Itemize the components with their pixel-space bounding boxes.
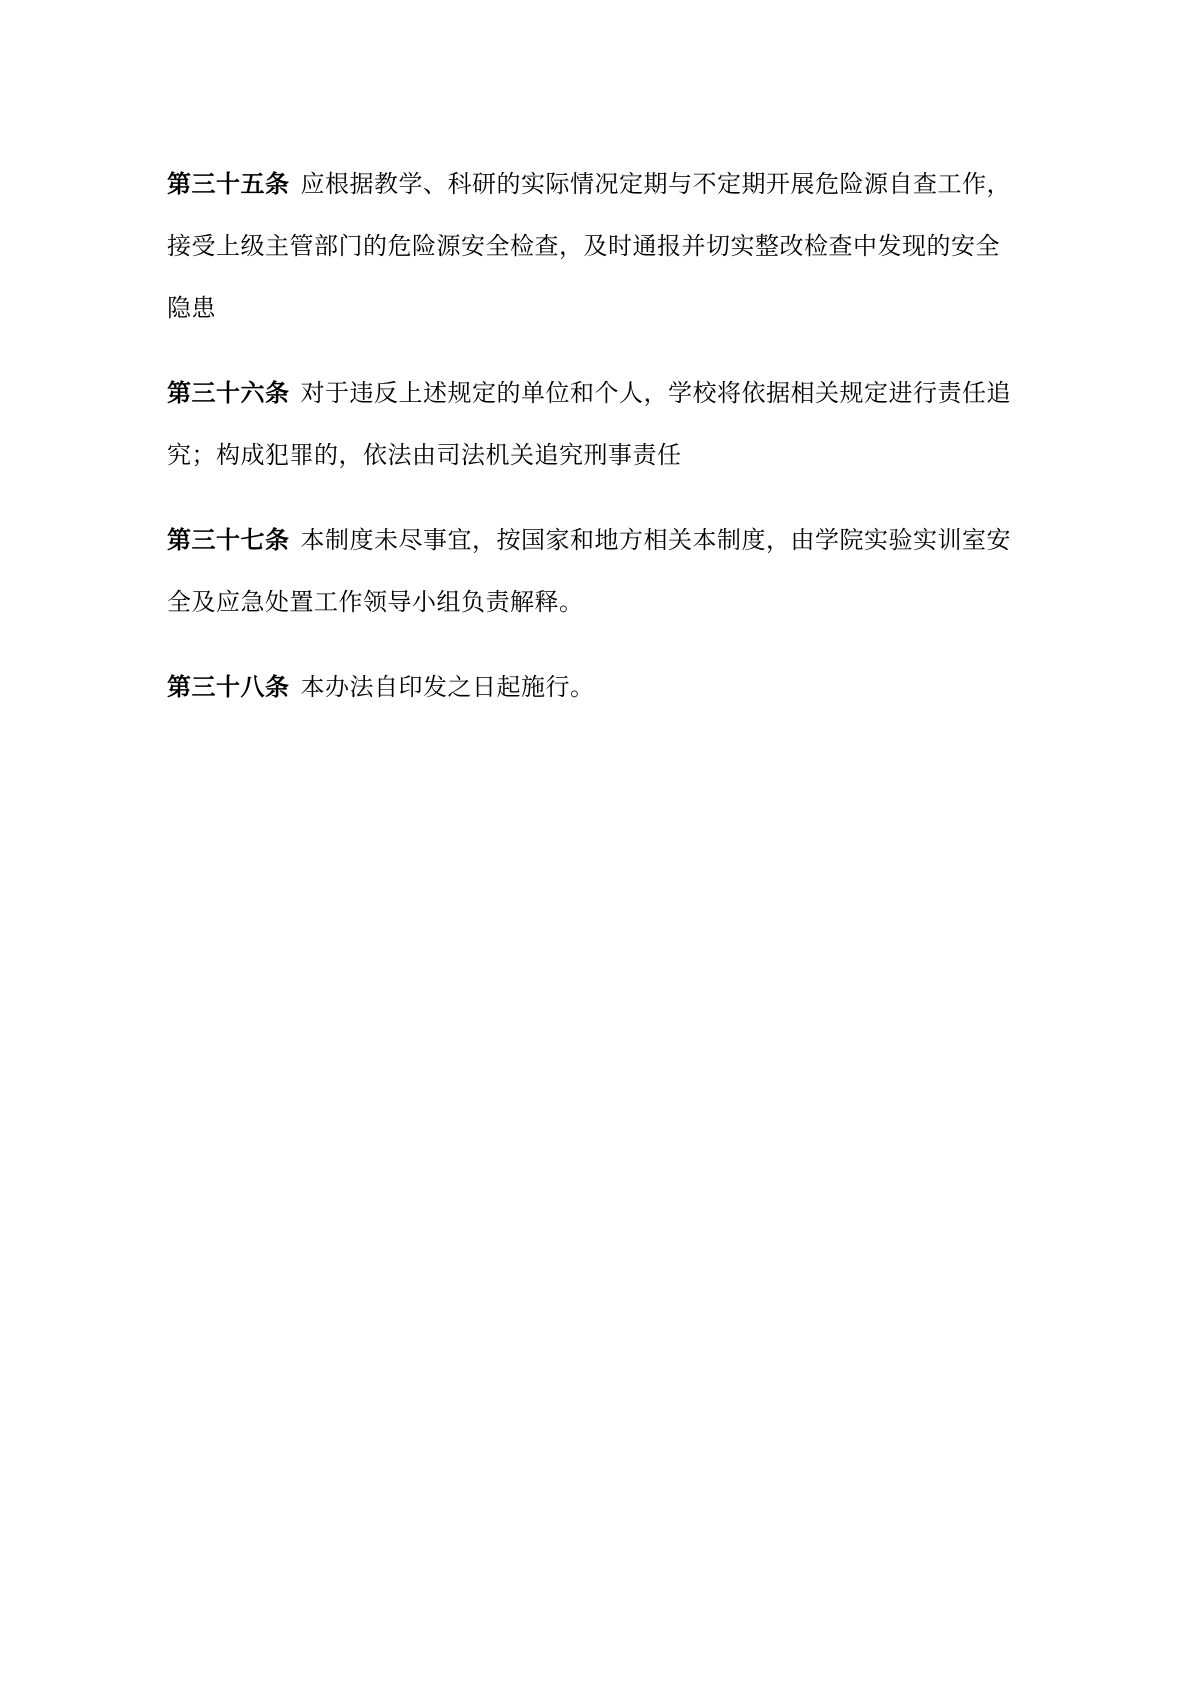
article-38-paragraph: 第三十八条本办法自印发之日起施行。 bbox=[167, 657, 1012, 719]
document-page: 第三十五条应根据教学、科研的实际情况定期与不定期开展危险源自查工作， 接受上级主… bbox=[0, 0, 1190, 1683]
article-38-line-1: 本办法自印发之日起施行。 bbox=[301, 674, 595, 701]
article-36-line-2: 究；构成犯罪的，依法由司法机关追究刑事责任 bbox=[167, 425, 1012, 487]
text-line: 第三十七条本制度未尽事宜，按国家和地方相关本制度，由学院实验实训室安 bbox=[167, 510, 1012, 572]
article-37-line-1: 本制度未尽事宜，按国家和地方相关本制度，由学院实验实训室安 bbox=[301, 527, 1012, 554]
article-35-number: 第三十五条 bbox=[167, 171, 290, 198]
article-35-line-1: 应根据教学、科研的实际情况定期与不定期开展危险源自查工作， bbox=[301, 171, 1012, 198]
article-37-number: 第三十七条 bbox=[167, 527, 290, 554]
article-37-paragraph: 第三十七条本制度未尽事宜，按国家和地方相关本制度，由学院实验实训室安 全及应急处… bbox=[167, 510, 1012, 634]
article-36-number: 第三十六条 bbox=[167, 380, 290, 407]
article-37-line-2: 全及应急处置工作领导小组负责解释。 bbox=[167, 572, 1012, 634]
article-36-line-1: 对于违反上述规定的单位和个人，学校将依据相关规定进行责任追 bbox=[301, 380, 1012, 407]
article-35-paragraph: 第三十五条应根据教学、科研的实际情况定期与不定期开展危险源自查工作， 接受上级主… bbox=[167, 154, 1012, 340]
article-35-line-3: 隐患 bbox=[167, 278, 1012, 340]
article-35-line-2: 接受上级主管部门的危险源安全检查，及时通报并切实整改检查中发现的安全 bbox=[167, 216, 1012, 278]
text-line: 第三十五条应根据教学、科研的实际情况定期与不定期开展危险源自查工作， bbox=[167, 154, 1012, 216]
text-line: 第三十八条本办法自印发之日起施行。 bbox=[167, 657, 1012, 719]
article-36-paragraph: 第三十六条对于违反上述规定的单位和个人，学校将依据相关规定进行责任追 究；构成犯… bbox=[167, 363, 1012, 487]
article-38-number: 第三十八条 bbox=[167, 674, 290, 701]
text-line: 第三十六条对于违反上述规定的单位和个人，学校将依据相关规定进行责任追 bbox=[167, 363, 1012, 425]
